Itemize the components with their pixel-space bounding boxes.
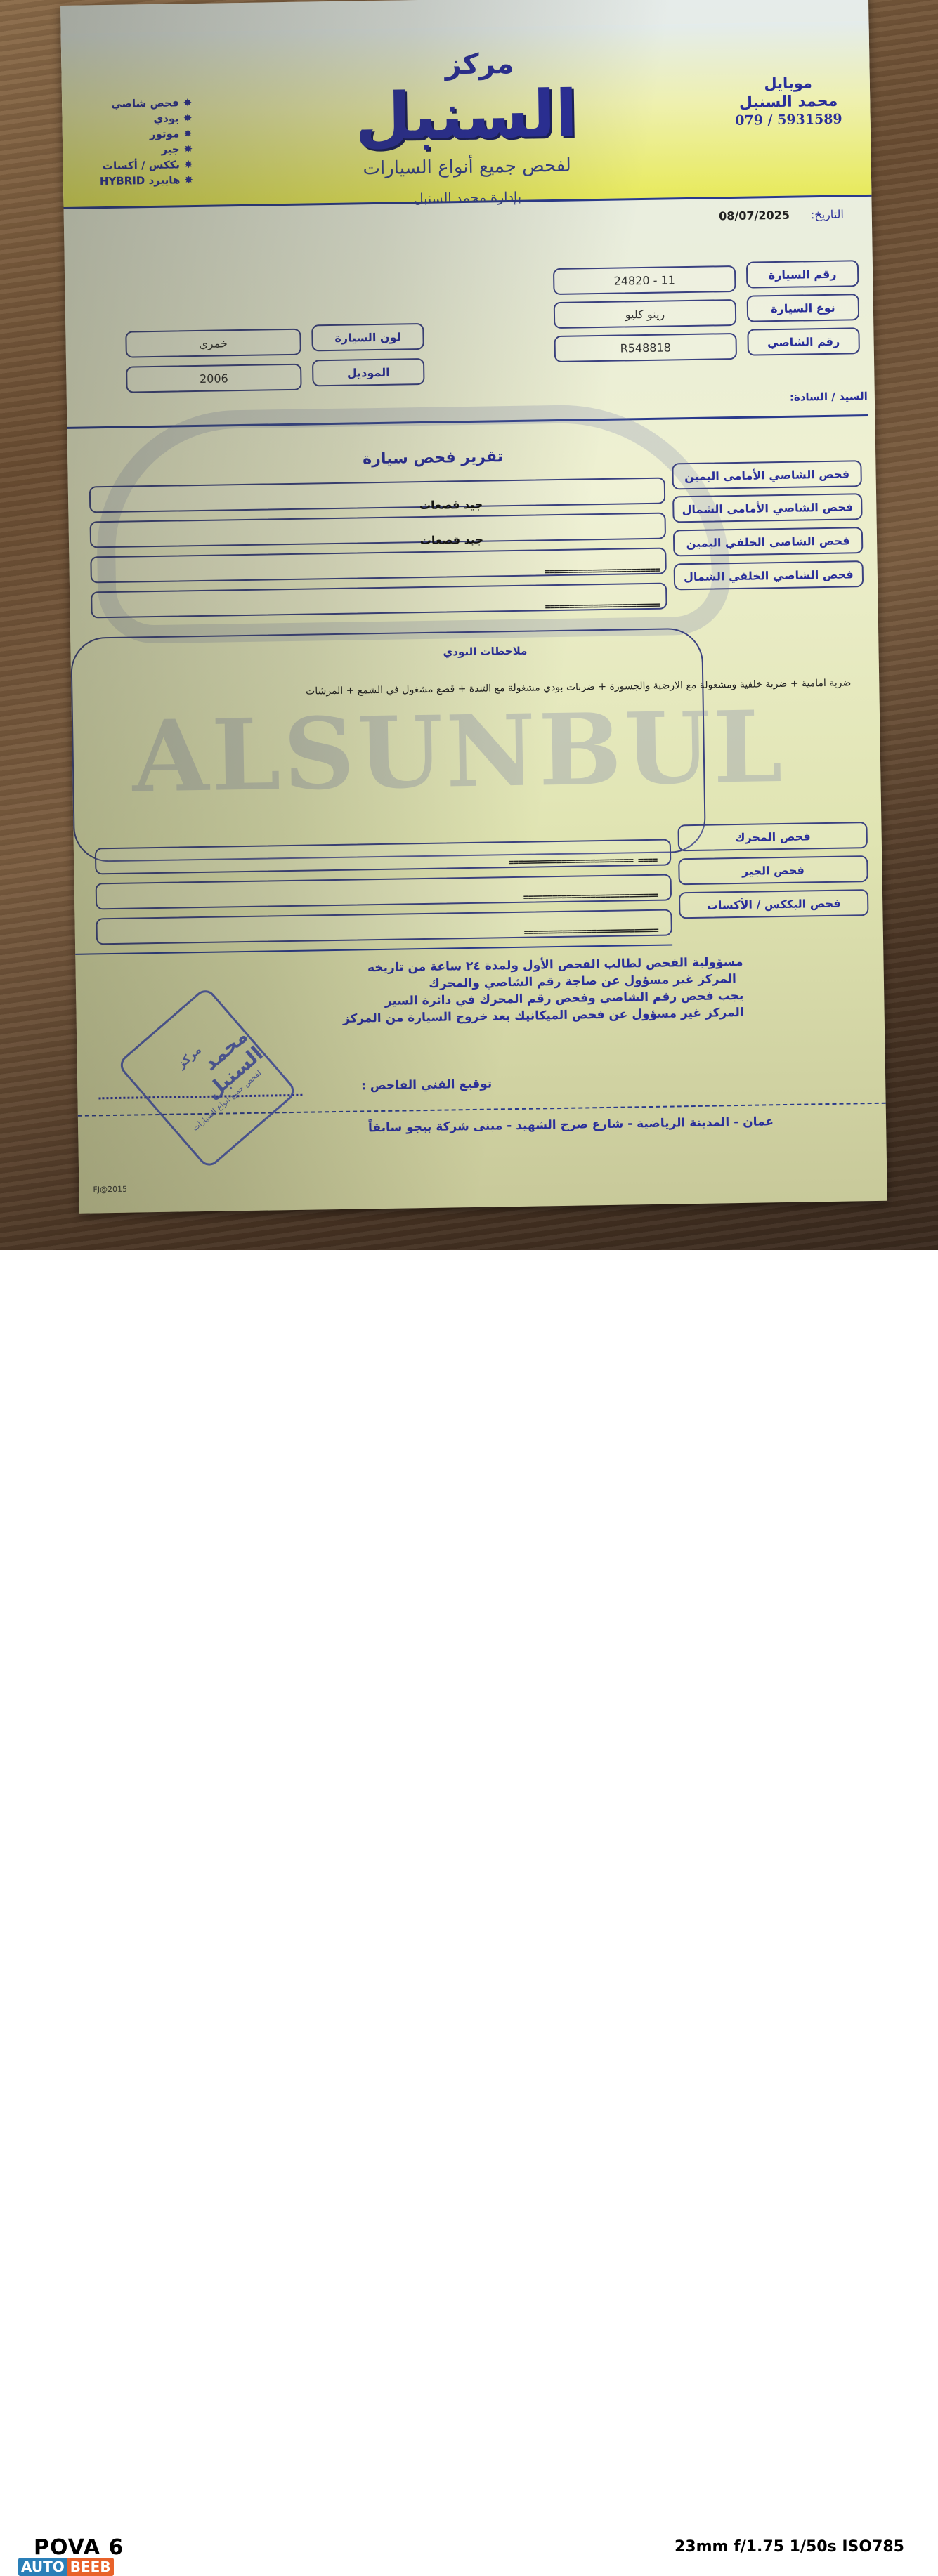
header-band: موبايل محمد السنبل 079 / 5931589 مركز ال… xyxy=(61,21,872,209)
plate-field[interactable]: 11 - 24820 xyxy=(553,265,736,295)
service-item: ✸جير xyxy=(87,141,193,158)
engine-check-result: ========================== ==== xyxy=(509,857,658,867)
signature-label: توقيع الفني الفاحص : xyxy=(361,1077,492,1093)
color-label: لون السيارة xyxy=(311,323,424,352)
gearbox-check-label: فحص الجير xyxy=(678,855,868,885)
body-notes-title: ملاحظات البودي xyxy=(443,645,527,659)
service-item: ✸موتور xyxy=(87,126,193,143)
plate-label: رقم السيارة xyxy=(746,260,859,289)
date-label: التاريخ: xyxy=(811,208,844,222)
brand-tagline: لفحص جميع أنواع السيارات xyxy=(245,153,688,181)
form-code: FJ@2015 xyxy=(93,1185,127,1195)
chassis-check-result: ======================== xyxy=(545,602,660,612)
brand-name: السنبل xyxy=(245,77,688,155)
brand-logo: مركز السنبل لفحص جميع أنواع السيارات بإد… xyxy=(244,45,689,209)
photo-footer: POVA 6 AUTO BEEB 23mm f/1.75 1/50s ISO78… xyxy=(0,1250,938,1348)
owner-name: محمد السنبل xyxy=(735,93,842,112)
color-field[interactable]: خمري xyxy=(125,329,301,358)
model-field[interactable]: 2006 xyxy=(126,364,302,393)
service-item: ✸بودي xyxy=(86,110,192,127)
chassis-label: رقم الشاصي xyxy=(747,327,860,356)
car-type-label: نوع السيارة xyxy=(747,294,860,322)
star-bullet-icon: ✸ xyxy=(184,173,193,186)
services-list: ✸فحص شاصي ✸بودي ✸موتور ✸جير ✸بككس / أكسا… xyxy=(86,95,193,189)
chassis-check-label: فحص الشاصي الخلفي اليمين xyxy=(673,527,864,556)
star-bullet-icon: ✸ xyxy=(184,158,193,171)
model-label: الموديل xyxy=(312,358,425,387)
report-title: تقرير فحص سيارة xyxy=(363,448,503,468)
stamp-icon: مركز محمد السنبل لفحص جميع انواع السيارا… xyxy=(116,986,298,1170)
star-bullet-icon: ✸ xyxy=(183,127,193,140)
chassis-check-label: فحص الشاصي الخلفي الشمال xyxy=(674,560,864,590)
divider-line xyxy=(75,944,672,954)
chassis-check-result: ======================== xyxy=(545,567,660,577)
chassis-check-label: فحص الشاصي الأمامي اليمين xyxy=(672,460,862,489)
contact-block: موبايل محمد السنبل 079 / 5931589 xyxy=(734,74,842,129)
address: عمان - المدينة الرياضية - شارع صرح الشهي… xyxy=(338,1111,774,1139)
chassis-check-result: جيد قصعات xyxy=(420,533,484,547)
star-bullet-icon: ✸ xyxy=(183,112,193,124)
date-row: التاريخ: 08/07/2025 xyxy=(719,208,844,223)
disclaimer-block: مسؤولية الفحص لطالب الفحص الأول ولمدة ٢٤… xyxy=(293,954,743,1028)
axle-check-label: فحص البككس / الأكسات xyxy=(679,889,869,919)
date-value: 08/07/2025 xyxy=(719,209,790,223)
engine-check-label: فحص المحرك xyxy=(677,822,868,851)
star-bullet-icon: ✸ xyxy=(184,143,193,155)
chassis-check-result: جيد قصعات xyxy=(419,498,483,512)
inspection-form: موبايل محمد السنبل 079 / 5931589 مركز ال… xyxy=(60,0,887,1214)
brand-watermark: ALSUNBUL xyxy=(100,689,818,815)
car-type-field[interactable]: رينو كليو xyxy=(554,299,737,329)
star-bullet-icon: ✸ xyxy=(183,96,192,109)
mobile-label: موبايل xyxy=(734,74,842,93)
service-item: ✸فحص شاصي xyxy=(86,95,192,112)
chassis-field[interactable]: R548818 xyxy=(554,333,737,362)
phone-number: 079 / 5931589 xyxy=(735,112,842,129)
service-item: ✸هايبرد HYBRID xyxy=(88,172,193,189)
service-item: ✸بككس / أكسات xyxy=(87,157,193,173)
document-photo: موبايل محمد السنبل 079 / 5931589 مركز ال… xyxy=(0,0,938,1250)
gearbox-check-result: ============================ xyxy=(523,892,658,902)
axle-check-result: ============================ xyxy=(524,927,658,938)
chassis-check-label: فحص الشاصي الأمامي الشمال xyxy=(672,493,863,523)
management-line: بإدارة محمد السنبل xyxy=(246,187,689,209)
customer-label: السيد / السادة: xyxy=(790,390,868,404)
